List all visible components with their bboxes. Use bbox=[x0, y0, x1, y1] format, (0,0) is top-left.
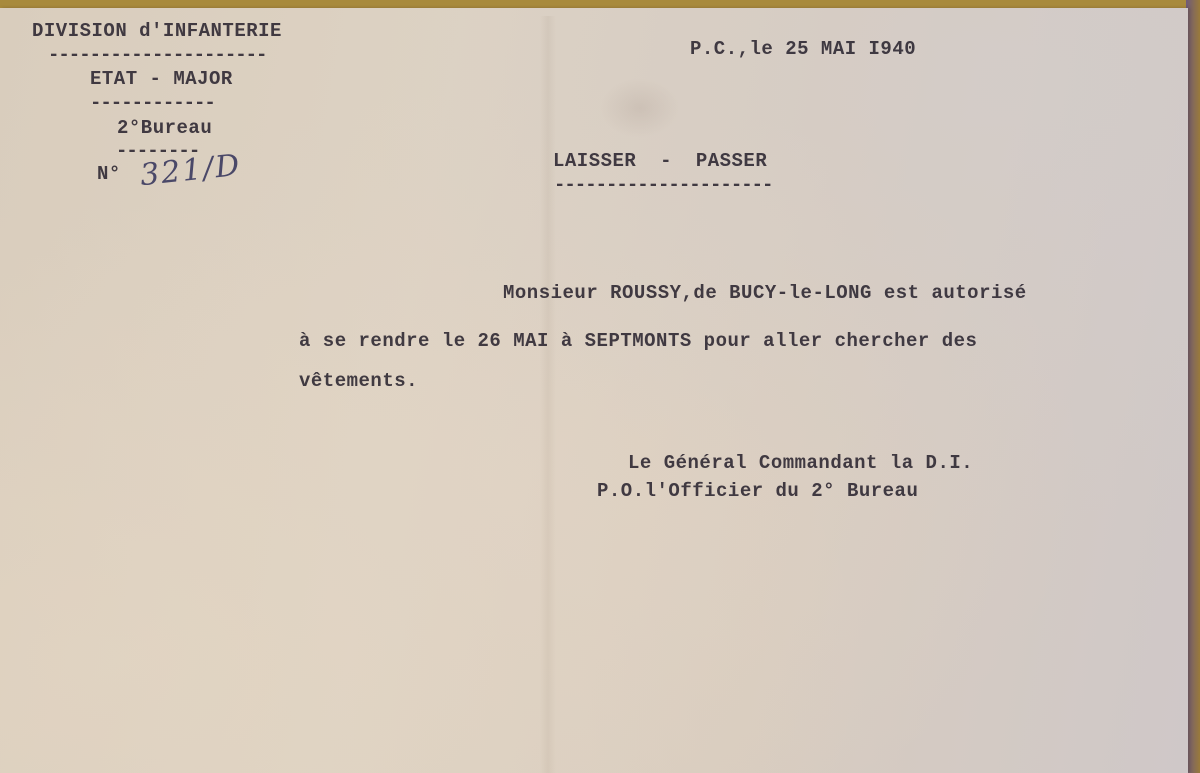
header-unit: DIVISION d'INFANTERIE bbox=[32, 20, 282, 42]
signature-line-2: P.O.l'Officier du 2° Bureau bbox=[597, 480, 918, 502]
document-page: DIVISION d'INFANTERIE ------------------… bbox=[0, 8, 1188, 773]
header-bureau: 2°Bureau bbox=[117, 117, 212, 139]
body-line-2: à se rendre le 26 MAI à SEPTMONTS pour a… bbox=[299, 330, 977, 352]
body-line-1: Monsieur ROUSSY,de BUCY-le-LONG est auto… bbox=[503, 282, 1027, 304]
reference-number-label: N° bbox=[97, 163, 121, 185]
signature-line-1: Le Général Commandant la D.I. bbox=[628, 452, 973, 474]
header-unit-rule: --------------------- bbox=[48, 44, 266, 66]
header-staff-rule: ------------ bbox=[90, 92, 215, 114]
header-staff: ETAT - MAJOR bbox=[90, 68, 233, 90]
body-line-3: vêtements. bbox=[299, 370, 418, 392]
faded-stamp bbox=[600, 78, 680, 138]
paper-fold bbox=[540, 16, 556, 773]
document-title: LAISSER - PASSER bbox=[553, 150, 767, 172]
document-title-rule: --------------------- bbox=[554, 174, 772, 196]
place-date: P.C.,le 25 MAI I940 bbox=[690, 38, 916, 60]
table-surface bbox=[1186, 0, 1200, 773]
